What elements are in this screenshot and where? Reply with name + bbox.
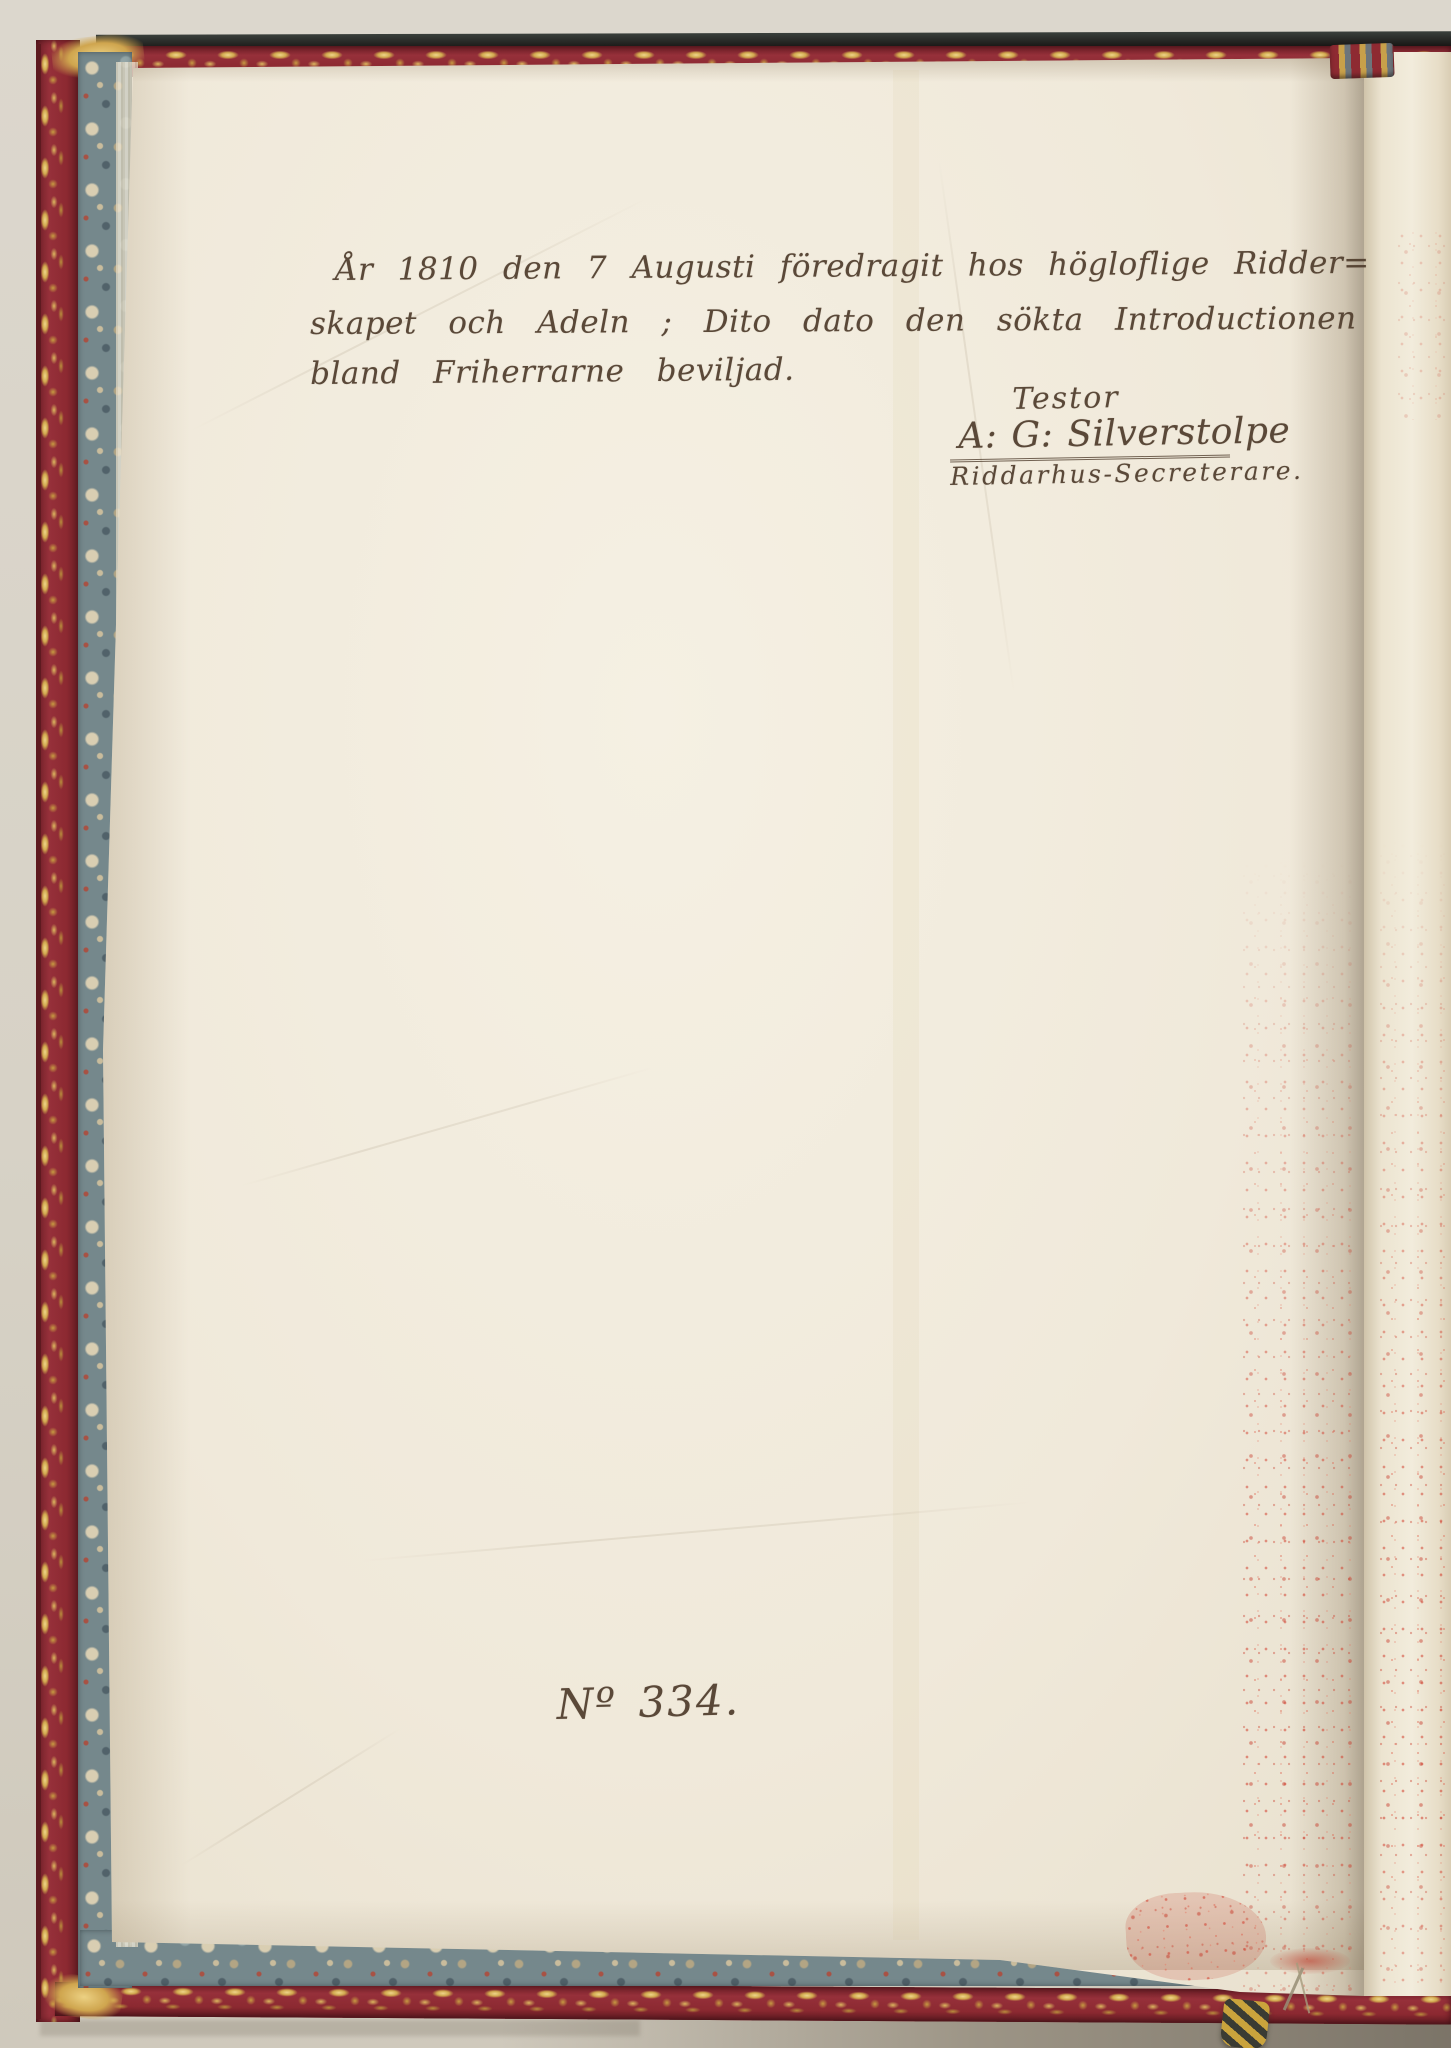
manuscript-line-3: bland Friherrarne beviljad. — [310, 352, 795, 392]
book-scan: År 1810 den 7 Augusti föredragit hos hög… — [0, 0, 1451, 2048]
page-number: Nº 334. — [556, 1675, 741, 1729]
cast-shadow-left — [40, 2020, 640, 2036]
red-stain-band-next-leaf — [1380, 840, 1448, 1990]
red-stain-band-left-of-gutter — [1243, 860, 1355, 1995]
manuscript-line-2: skapet och Adeln ; Dito dato den sökta I… — [310, 301, 1357, 342]
paper-crease — [360, 1501, 1038, 1562]
red-stain-smear — [1270, 1948, 1350, 1974]
attestation-label: Testor — [1012, 380, 1120, 417]
attestation-title: Riddarhus-Secreterare. — [950, 456, 1304, 491]
left-board-dark-edge — [36, 44, 41, 2019]
tailband-tassel — [1220, 1998, 1271, 2048]
left-leather-gold-border — [36, 40, 80, 2022]
manuscript-line-1: År 1810 den 7 Augusti föredragit hos hög… — [335, 245, 1370, 288]
attestation-signature: A: G: Silverstolpe — [958, 410, 1291, 457]
headband — [1329, 43, 1394, 79]
red-stain-faint-top — [1398, 230, 1448, 420]
age-streak — [893, 70, 919, 1940]
paper-crease — [180, 1727, 402, 1866]
paper-crease — [240, 1066, 654, 1186]
